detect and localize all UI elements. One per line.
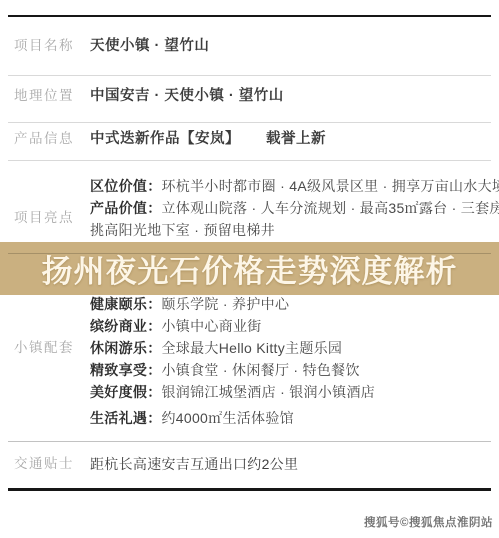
watermark-text: 搜狐号©搜狐焦点淮阴站 [364, 514, 493, 530]
amenity-text: 小镇食堂 · 休闲餐厅 · 特色餐饮 [162, 362, 360, 378]
amenity-line: 美好度假：银润锦江城堡酒店 · 银润小镇酒店 [90, 381, 375, 403]
highlights-label: 项目亮点 [14, 208, 74, 228]
traffic-value: 距杭长高速安吉互通出口约2公里 [90, 453, 298, 475]
headline-banner: 扬州夜光石价格走势深度解析 [0, 242, 499, 295]
highlight-text: 环杭半小时都市圈 · 4A级风景区里 · 拥享万亩山水大境 [162, 178, 499, 194]
highlight-line-product-value: 产品价值：立体观山院落 · 人车分流规划 · 最高35㎡露台 · 三套房设计 [90, 197, 499, 219]
amenity-strong: 健康颐乐： [90, 296, 162, 312]
banner-title: 扬州夜光石价格走势深度解析 [0, 242, 499, 295]
product-info-label: 产品信息 [14, 129, 74, 149]
amenity-strong: 美好度假： [90, 384, 162, 400]
amenity-line: 生活礼遇：约4000㎡生活体验馆 [90, 407, 294, 429]
amenity-text: 颐乐学院 · 养护中心 [162, 296, 290, 312]
divider [8, 75, 491, 76]
product-info-main: 中式迭新作品【安岚】 [90, 131, 240, 147]
highlight-line-location-value: 区位价值：环杭半小时都市圈 · 4A级风景区里 · 拥享万亩山水大境 [90, 175, 499, 197]
highlight-strong: 区位价值： [90, 178, 162, 194]
amenity-text: 约4000㎡生活体验馆 [162, 410, 294, 426]
amenity-strong: 精致享受： [90, 362, 162, 378]
amenity-line: 休闲游乐：全球最大Hello Kitty主题乐园 [90, 337, 342, 359]
divider [8, 122, 491, 123]
highlight-text: 挑高阳光地下室 · 预留电梯井 [90, 222, 275, 238]
divider [8, 441, 491, 442]
amenity-line: 健康颐乐：颐乐学院 · 养护中心 [90, 293, 289, 315]
amenity-strong: 缤纷商业： [90, 318, 162, 334]
amenity-strong: 休闲游乐： [90, 340, 162, 356]
product-info-tag: 载誉上新 [266, 131, 326, 147]
highlight-text: 立体观山院落 · 人车分流规划 · 最高35㎡露台 · 三套房设计 [162, 200, 499, 216]
amenities-label: 小镇配套 [14, 338, 74, 358]
amenity-line: 精致享受：小镇食堂 · 休闲餐厅 · 特色餐饮 [90, 359, 360, 381]
location-label: 地理位置 [14, 86, 74, 106]
table-bottom-border [8, 488, 491, 491]
highlight-strong: 产品价值： [90, 200, 162, 216]
project-name-label: 项目名称 [14, 36, 74, 56]
project-name-value: 天使小镇 · 望竹山 [90, 35, 209, 57]
amenity-strong: 生活礼遇： [90, 410, 162, 426]
highlight-line-continuation: 挑高阳光地下室 · 预留电梯井 [90, 219, 275, 241]
amenity-text: 全球最大Hello Kitty主题乐园 [162, 340, 343, 356]
amenity-text: 银润锦江城堡酒店 · 银润小镇酒店 [162, 384, 376, 400]
amenity-line: 缤纷商业：小镇中心商业街 [90, 315, 262, 337]
product-info-value: 中式迭新作品【安岚】载誉上新 [90, 128, 326, 150]
location-value: 中国安吉 · 天使小镇 · 望竹山 [90, 85, 284, 107]
amenity-text: 小镇中心商业街 [162, 318, 262, 334]
divider [8, 160, 491, 161]
table-top-border [8, 15, 491, 17]
traffic-label: 交通贴士 [14, 454, 74, 474]
